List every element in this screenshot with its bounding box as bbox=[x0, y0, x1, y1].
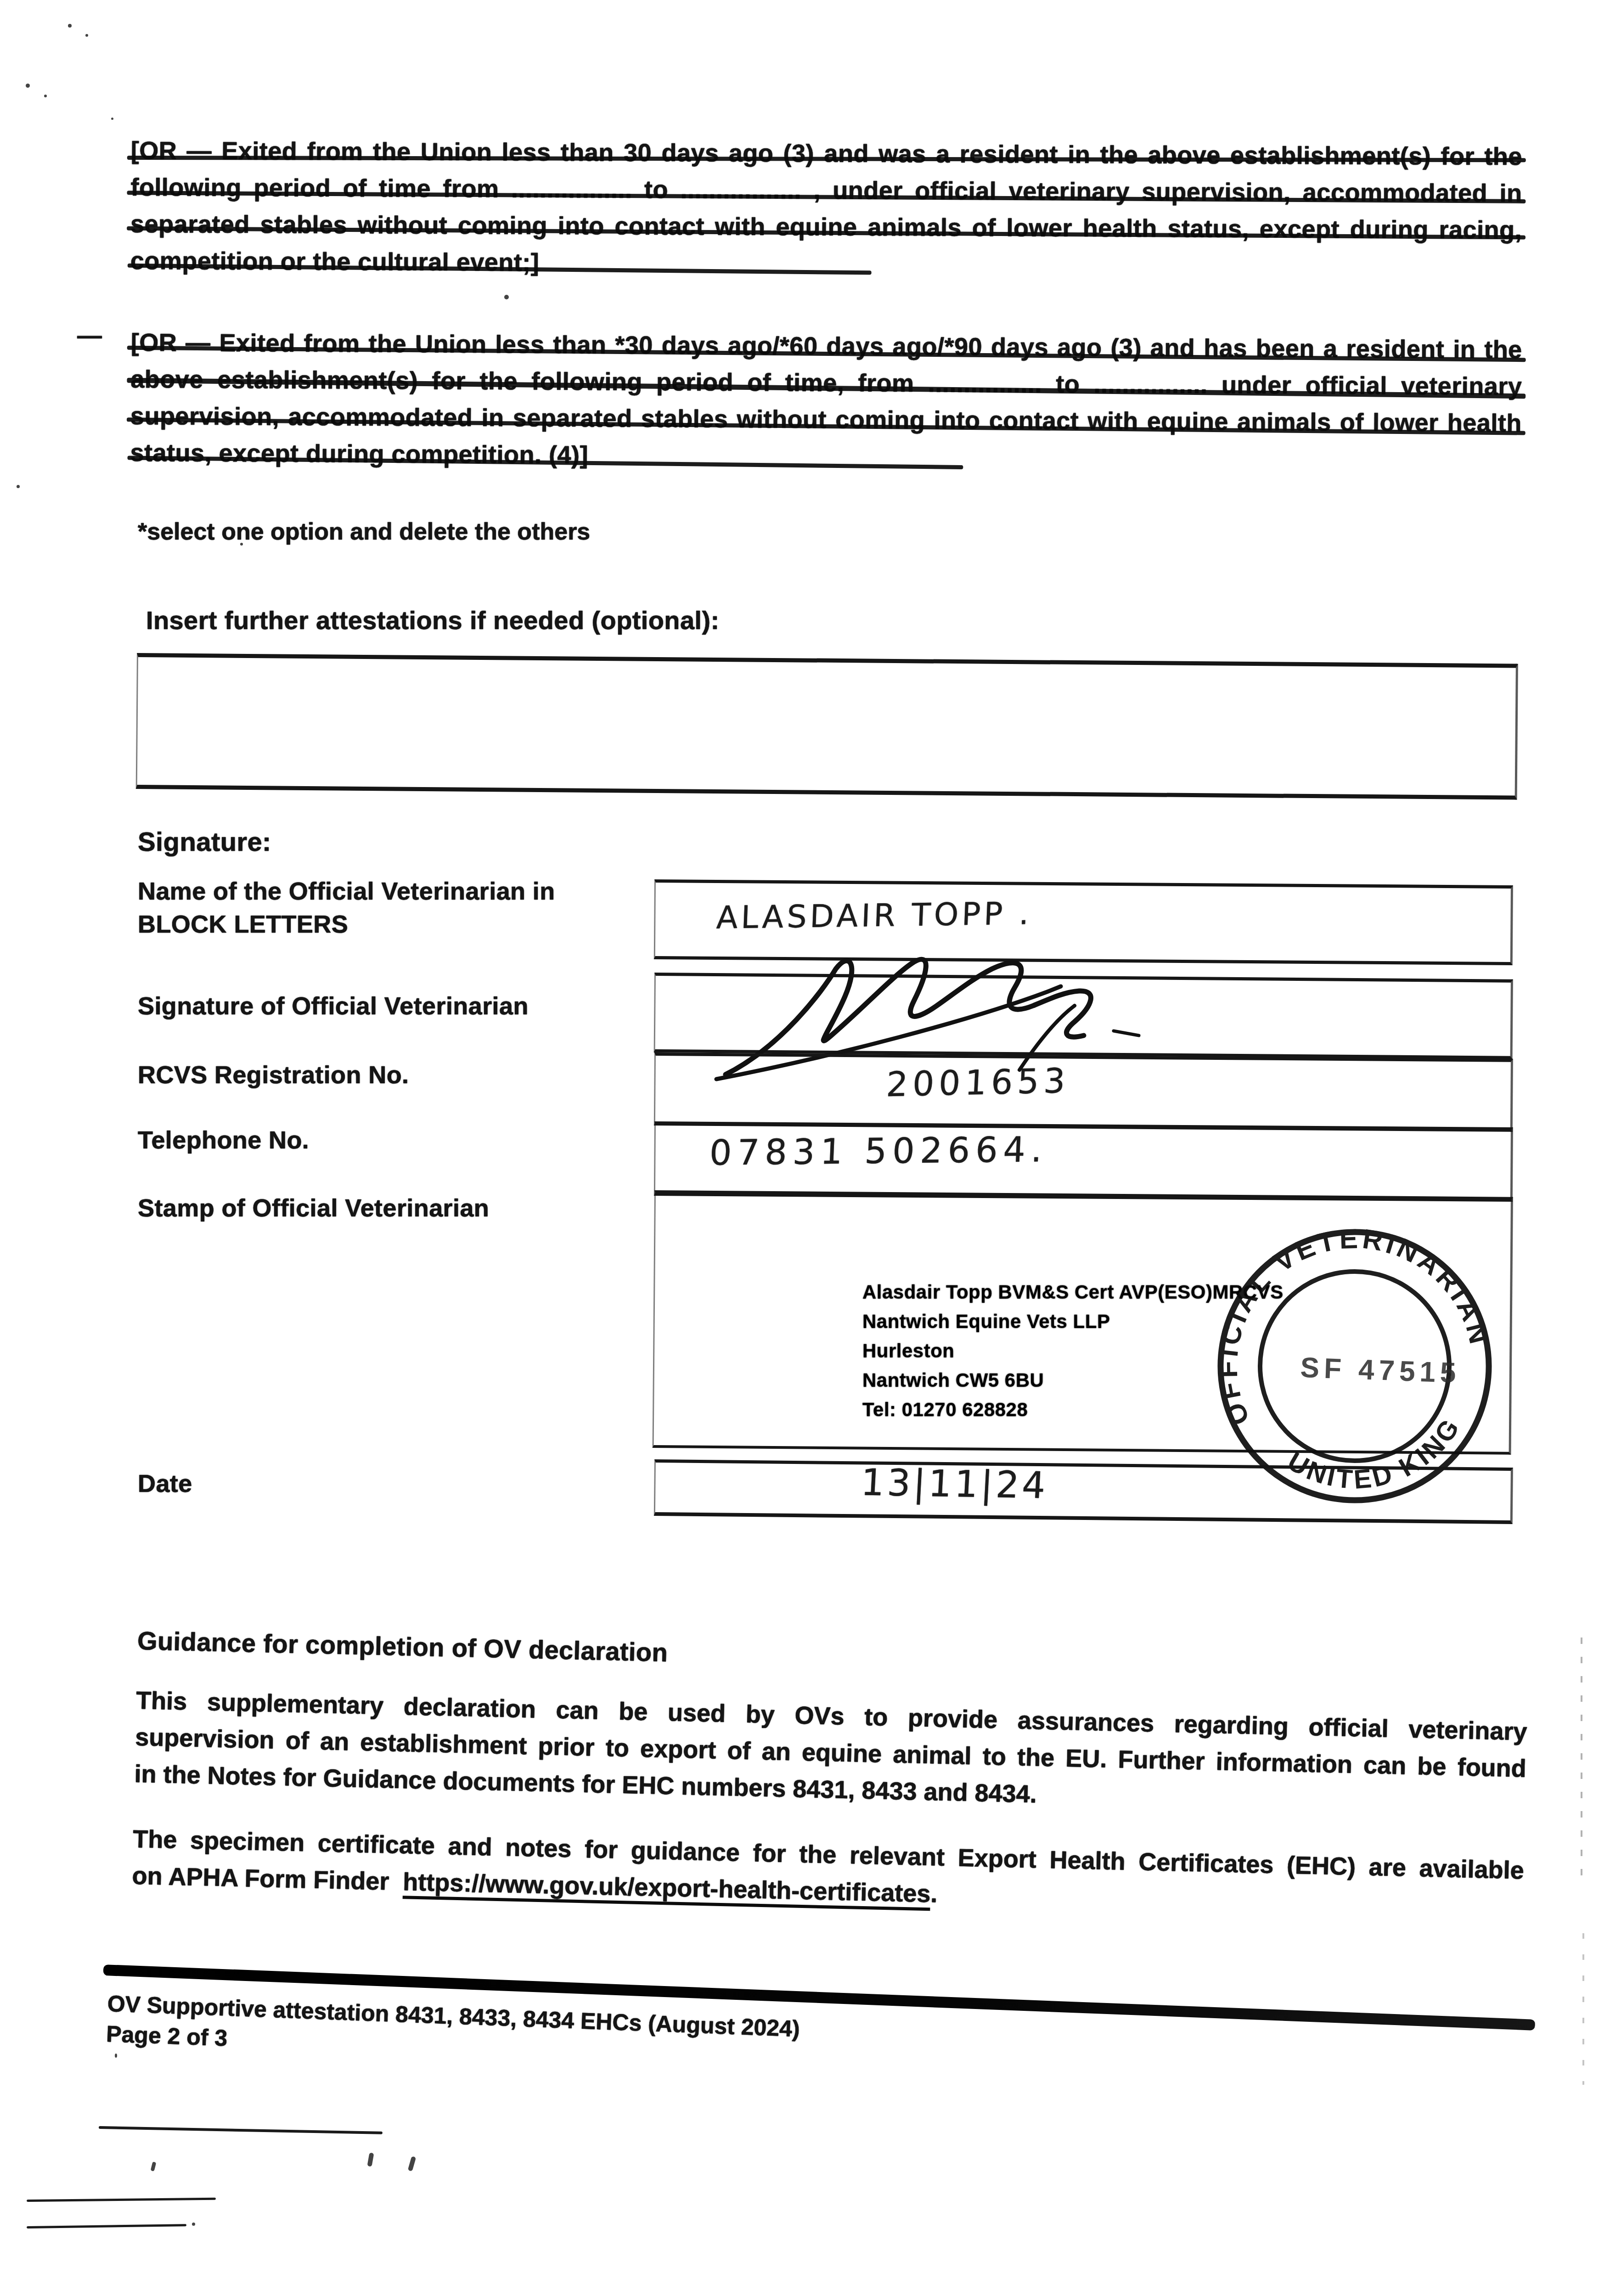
or-option-2-margin-dash: — bbox=[77, 321, 102, 350]
guidance-paragraph-1: This supplementary declaration can be us… bbox=[134, 1682, 1528, 1824]
footer-text: OV Supportive attestation 8431, 8433, 84… bbox=[106, 1988, 800, 2074]
scan-artifact-line bbox=[27, 2224, 186, 2228]
date-field-box bbox=[654, 1459, 1513, 1524]
guidance-paragraph-2: The specimen certificate and notes for g… bbox=[132, 1821, 1525, 1926]
date-field-label: Date bbox=[138, 1469, 192, 1498]
guidance-heading: Guidance for completion of OV declaratio… bbox=[137, 1626, 1529, 1687]
select-option-note: *select one option and delete the others bbox=[138, 518, 590, 546]
rcvs-field-box bbox=[654, 1052, 1513, 1132]
export-health-certificates-link: https://www.gov.uk/export-health-certifi… bbox=[403, 1868, 931, 1911]
struck-line: competition or the cultural event;] bbox=[130, 242, 1522, 285]
scanned-document-page: [OR — Exited from the Union less than 30… bbox=[0, 0, 1610, 2296]
or-option-1-paragraph: [OR — Exited from the Union less than 30… bbox=[130, 132, 1522, 285]
date-field-value: 13|11|24 bbox=[860, 1461, 1049, 1507]
struck-line: following period of time from ..........… bbox=[130, 169, 1522, 212]
further-attestations-heading: Insert further attestations if needed (o… bbox=[146, 605, 720, 635]
svg-text:OFFICIAL VETERINARIAN: OFFICIAL VETERINARIAN bbox=[1208, 1219, 1502, 1430]
rcvs-field-value: 2001653 bbox=[885, 1061, 1071, 1104]
svg-text:SF 47515: SF 47515 bbox=[1300, 1352, 1461, 1389]
struck-line: status, except during competition. (4)] bbox=[130, 434, 1521, 478]
signature-heading: Signature: bbox=[138, 827, 271, 857]
telephone-field-label: Telephone No. bbox=[138, 1126, 309, 1154]
guidance-section: Guidance for completion of OV declaratio… bbox=[132, 1626, 1529, 1926]
rcvs-field-label: RCVS Registration No. bbox=[138, 1061, 409, 1089]
struck-line: [OR — Exited from the Union less than 30… bbox=[131, 132, 1522, 175]
telephone-field-value: 07831 502664. bbox=[709, 1129, 1048, 1173]
or-option-2-paragraph: [OR — Exited from the Union less than *3… bbox=[130, 324, 1522, 478]
scan-artifact-line bbox=[99, 2126, 383, 2134]
name-field-label: Name of the Official Veterinarian in BLO… bbox=[138, 875, 625, 941]
struck-line: separated stables without coming into co… bbox=[130, 206, 1522, 248]
signature-field-label: Signature of Official Veterinarian bbox=[138, 992, 529, 1020]
stamp-field-label: Stamp of Official Veterinarian bbox=[138, 1194, 489, 1222]
name-field-value: ALASDAIR TOPP . bbox=[716, 895, 1033, 936]
scan-artifact-line bbox=[27, 2198, 216, 2202]
further-attestations-box bbox=[136, 653, 1518, 800]
